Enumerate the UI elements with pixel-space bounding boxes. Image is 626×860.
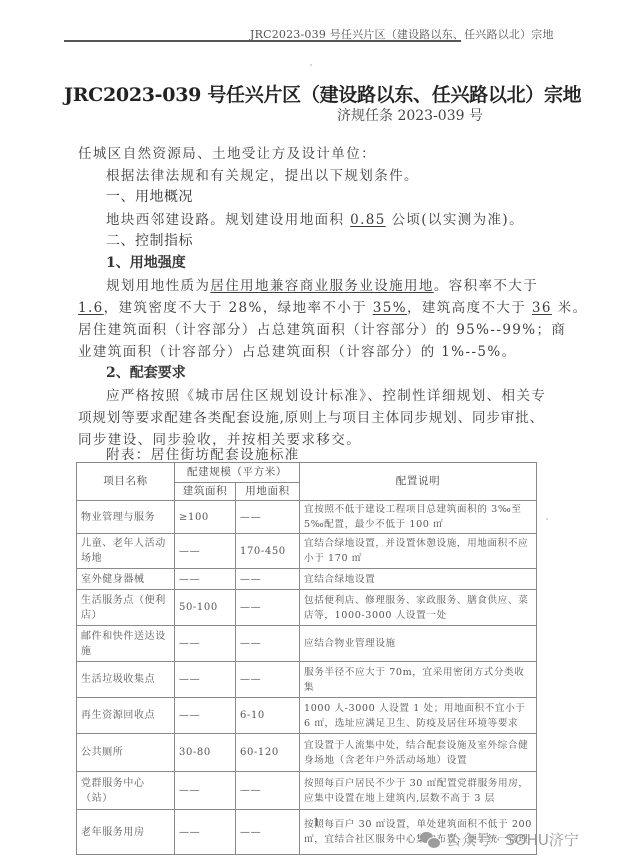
section-2-heading: 二、控制指标 [106,230,193,250]
intensity-line-2: 1.6，建筑密度不大于 28%，绿地率不小于 35%，建筑高度不大于 36 米。 [78,296,587,316]
header-description: 配置说明 [300,463,537,501]
cell-description: 服务半径不应大于 70m，宜采用密闭方式分类收集 [300,662,537,698]
density-text: ，建筑密度不大于 28%，绿地率不小于 [104,300,373,316]
table-header-row: 项目名称 配建规模（平方米） 配置说明 [77,463,537,483]
cell-land-area: —— [236,772,300,810]
subsection-2-heading: 2、配套要求 [106,362,186,382]
cell-land-area: 6-10 [236,698,300,734]
height-value: 36 [532,300,552,316]
cell-description: 宜结合绿地设置 [300,569,537,590]
table-row: 再生资源回收点 —— 6-10 1000 人-3000 人设置 1 处；用地面积… [77,698,537,734]
table-row: 生活垃圾收集点 —— —— 服务半径不应大于 70m，宜采用密闭方式分类收集 [77,662,537,698]
table-row: 公共厕所 30-80 60-120 宜设置于人流集中处，结合配套设施及室外综合健… [77,734,537,772]
height-label: ，建筑高度不大于 [407,300,532,316]
cell-building-area: —— [175,662,236,698]
cell-description: 宜按照不低于建设工程项目总建筑面积的 3‰至 5‰配置，最少不低于 100 ㎡ [300,501,537,534]
cell-land-area: —— [236,810,300,855]
header-building-area: 建筑面积 [175,483,236,501]
facilities-table: 项目名称 配建规模（平方米） 配置说明 建筑面积 用地面积 物业管理与服务 ≥1… [76,462,537,855]
cell-land-area: 60-120 [236,734,300,772]
cell-name: 生活服务点（便利店） [77,590,175,626]
cell-land-area: —— [236,590,300,626]
far-label: 。容积率不大于 [434,278,538,294]
table-row: 物业管理与服务 ≥100 —— 宜按照不低于建设工程项目总建筑面积的 3‰至 5… [77,501,537,534]
green-ratio-value: 35% [373,300,407,316]
cell-name: 室外健身器械 [77,569,175,590]
scan-speck [310,64,312,66]
document-number: 济规任条 2023-039 号 [337,105,483,125]
table-row: 生活服务点（便利店） 50-100 —— 包括便利店、修理服务、家政服务、膳食供… [77,590,537,626]
table-row: 室外健身器械 —— —— 宜结合绿地设置 [77,569,537,590]
intensity-line-4: 业建筑面积（计容部分）占总建筑面积（计容部分）的 1%--5%。 [78,340,517,360]
cell-building-area: —— [175,534,236,569]
cell-building-area: 50-100 [175,590,236,626]
intro-paragraph: 根据法律法规和有关规定，提出以下规划条件。 [106,164,419,184]
table-caption: 附表：居住街坊配套设施标准 [106,443,300,463]
cell-land-area: —— [236,501,300,534]
cell-name: 党群服务中心（站） [77,772,175,810]
cell-building-area: —— [175,772,236,810]
wechat-icon [420,832,440,848]
cell-description: 应结合物业管理设施 [300,626,537,662]
cell-land-area: —— [236,662,300,698]
cell-land-area: 170-450 [236,534,300,569]
facilities-line-1: 应严格按照《城市居住区规划设计标准》、控制性详细规划、相关专 [106,384,546,404]
site-area-value: 0.85 [350,212,386,228]
table-row: 儿童、老年人活动场地 —— 170-450 宜结合绿地设置，并设置休憩设施，用地… [77,534,537,569]
cell-land-area: —— [236,626,300,662]
cell-name: 老年服务用房 [77,810,175,855]
cell-description: 包括便利店、修理服务、家政服务、膳食供应、菜店等，1000-3000 人设置一处 [300,590,537,626]
page-number: 1 [313,816,320,829]
cell-name: 邮件和快件送达设施 [77,626,175,662]
cell-description: 按照每百户居民不少于 30 ㎡配置党群服务用房，应集中设置在地上建筑内,层数不高… [300,772,537,810]
table-row: 邮件和快件送达设施 —— —— 应结合物业管理设施 [77,626,537,662]
header-land-area: 用地面积 [236,483,300,501]
site-text-before: 地块西邻建设路。规划建设用地面积 [106,212,350,228]
scan-speck [546,518,548,520]
far-value: 1.6 [78,300,104,316]
cell-name: 再生资源回收点 [77,698,175,734]
intensity-line-1: 规划用地性质为居住用地兼容商业服务业设施用地。容积率不大于 [106,274,538,294]
facilities-line-2: 项规划等要求配建各类配套设施,原则上与项目主体同步规划、同步审批、 [78,406,544,426]
land-use-value: 居住用地兼容商业服务业设施用地 [210,278,434,294]
header-rule [64,40,461,42]
cell-name: 生活垃圾收集点 [77,662,175,698]
cell-description: 1000 人-3000 人设置 1 处；用地面积不宜小于 6 ㎡，选址应满足卫生… [300,698,537,734]
cell-building-area: —— [175,626,236,662]
cell-description: 宜结合绿地设置，并设置休憩设施，用地面积不应小于 170 ㎡ [300,534,537,569]
cell-building-area: ≥100 [175,501,236,534]
section-1-heading: 一、用地概况 [106,186,193,206]
site-text-after: 公顷(以实测为准)。 [386,212,524,228]
table-row: 党群服务中心（站） —— —— 按照每百户居民不少于 30 ㎡配置党群服务用房，… [77,772,537,810]
height-unit: 米。 [552,300,588,316]
header-scale-group: 配建规模（平方米） [175,463,300,483]
document-title: JRC2023-039 号任兴片区（建设路以东、任兴路以北）宗地 [64,80,581,107]
cell-name: 公共厕所 [77,734,175,772]
cell-name: 儿童、老年人活动场地 [77,534,175,569]
intensity-line-3: 居住建筑面积（计容部分）占总建筑面积（计容部分）的 95%--99%；商 [78,318,566,338]
land-use-label: 规划用地性质为 [106,278,210,294]
cell-building-area: —— [175,810,236,855]
cell-land-area: —— [236,569,300,590]
addressee: 任城区自然资源局、土地受让方及设计单位： [78,142,376,162]
watermark: 公众号 · SOHU济宁 [420,829,579,850]
cell-building-area: 30-80 [175,734,236,772]
section-1-text: 地块西邻建设路。规划建设用地面积 0.85 公顷(以实测为准)。 [106,208,524,228]
cell-name: 物业管理与服务 [77,501,175,534]
cell-building-area: —— [175,569,236,590]
header-item-name: 项目名称 [77,463,175,501]
cell-description: 宜设置于人流集中处，结合配套设施及室外综合健身场地（含老年户外活动场地）设置 [300,734,537,772]
cell-building-area: —— [175,698,236,734]
watermark-text: 公众号 · SOHU济宁 [446,829,579,850]
subsection-1-heading: 1、用地强度 [106,252,186,272]
